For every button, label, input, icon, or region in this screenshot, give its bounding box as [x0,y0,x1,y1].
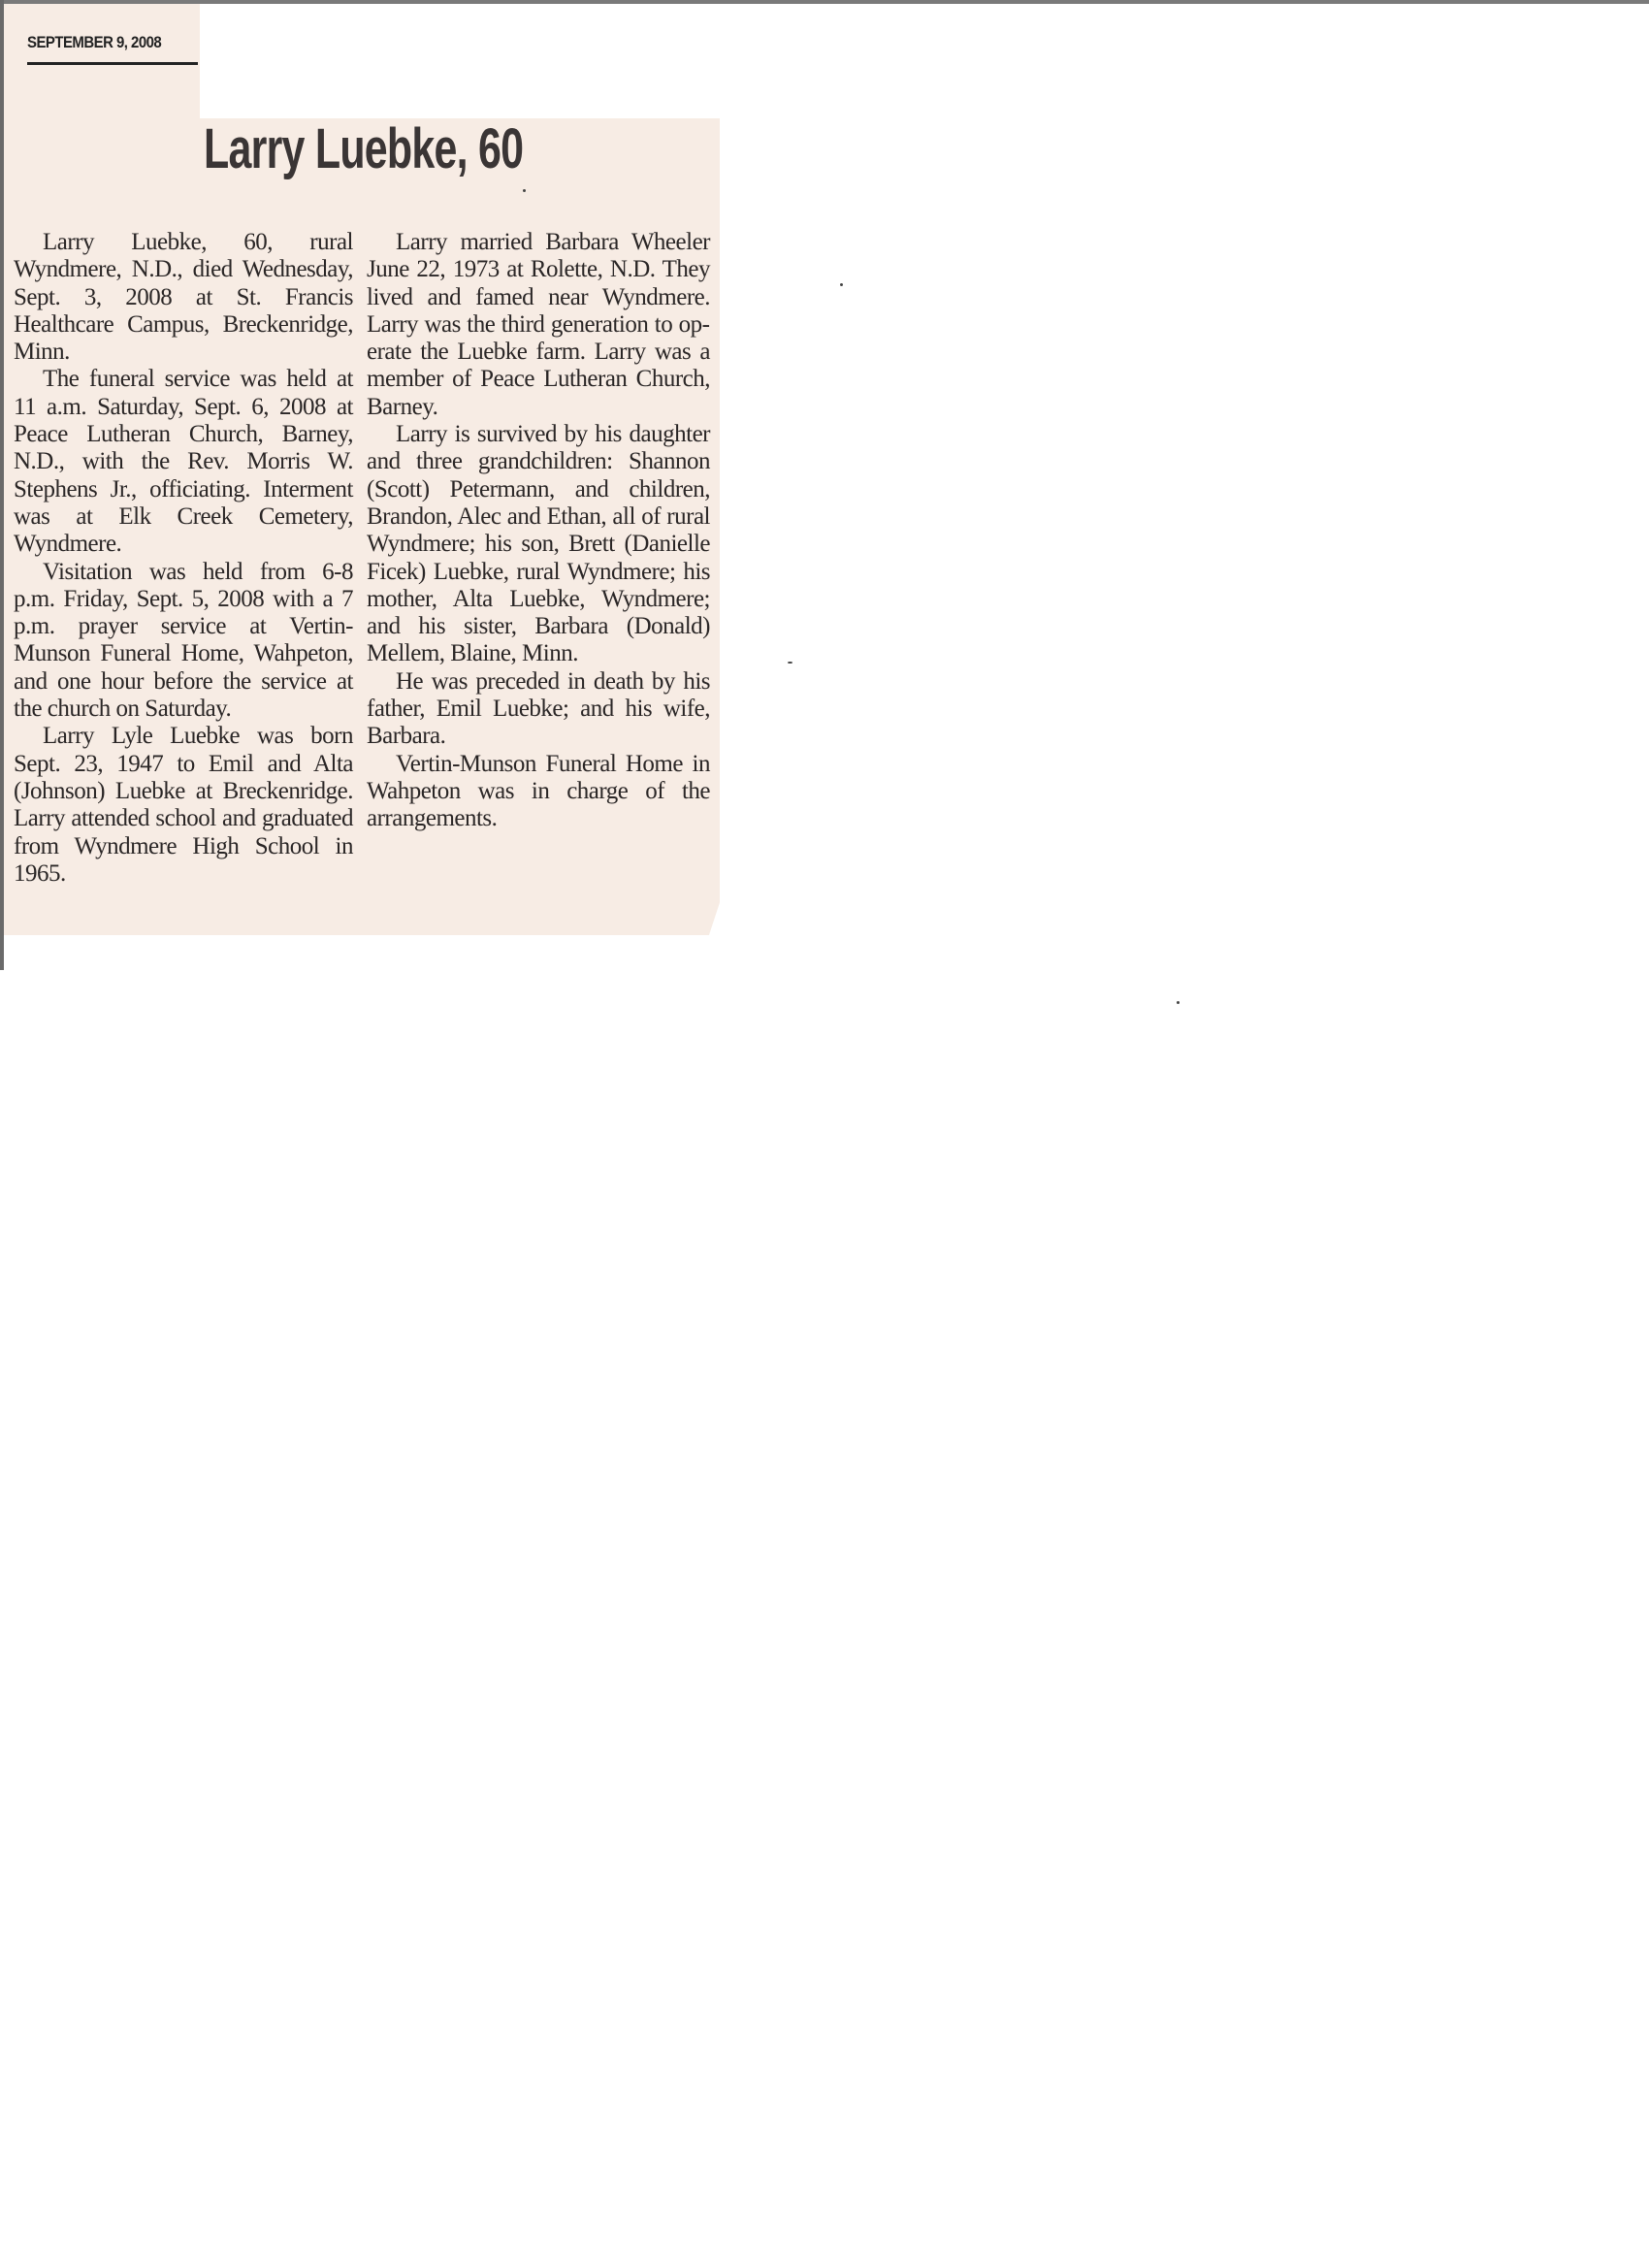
dateline: SEPTEMBER 9, 2008 [27,33,161,52]
paragraph-marriage: Larry married Barbara Wheeler June 22, 1… [367,229,710,421]
scan-speck [788,662,792,664]
column-2: Larry married Barbara Wheeler June 22, 1… [367,229,710,833]
scan-speck [1177,1001,1180,1004]
paragraph-birth: Larry Lyle Luebke was born Sept. 23, 194… [14,723,353,888]
paragraph-visitation: Visitation was held from 6-8 p.m. Friday… [14,559,353,724]
dateline-rule [27,62,198,65]
scan-speck [840,283,843,286]
scan-left-edge [0,0,4,970]
paragraph-death-notice: Larry Luebke, 60, rural Wyndmere, N.D., … [14,229,353,366]
column-1: Larry Luebke, 60, rural Wyndmere, N.D., … [14,229,353,888]
scan-top-edge [0,0,1649,4]
paragraph-preceded: He was preceded in death by his father, … [367,668,710,751]
paragraph-survivors: Larry is survived by his daughter and th… [367,421,710,668]
paragraph-arrangements: Vertin-Munson Funeral Home in Wahpeton w… [367,751,710,833]
paragraph-funeral-service: The funeral service was held at 11 a.m. … [14,366,353,558]
scan-speck [523,189,526,192]
obituary-headline: Larry Luebke, 60 [204,116,523,181]
